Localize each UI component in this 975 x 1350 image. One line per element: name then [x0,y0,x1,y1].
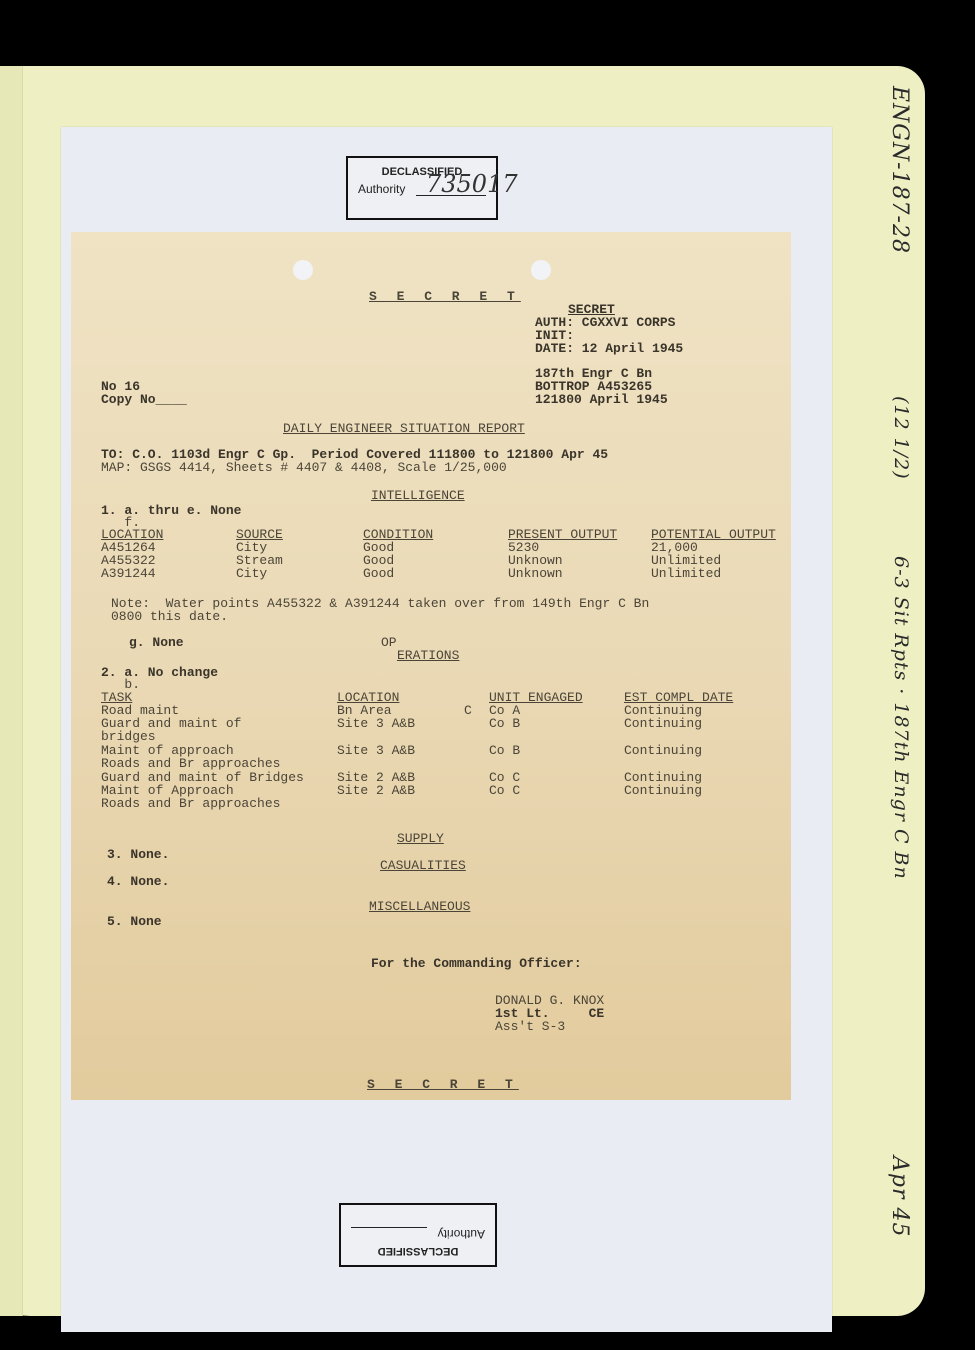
dtg-line: 121800 April 1945 [535,393,668,406]
handwritten-description: 6-3 Sit Rpts · 187th Engr C Bn [890,556,912,880]
table-cell: Good [363,567,433,580]
stamp-authority-label: Authority [438,1227,485,1241]
backing-sheet: DECLASSIFIED Authority 735017 S E C R E … [61,127,832,1332]
stray-mark: C [464,704,472,717]
misc-heading: MISCELLANEOUS [369,900,470,913]
ops-row-2-location: Site 3 A&B [337,717,415,730]
casualties-item: 4. None. [107,875,169,888]
water-table-col-source: SOURCE City Stream City [236,528,283,580]
handwritten-date: Apr 45 [887,1156,912,1237]
intelligence-heading: INTELLIGENCE [371,489,465,502]
intel-note-line-2: 0800 this date. [111,610,228,623]
signature-for: For the Commanding Officer: [371,957,582,970]
stamp-authority-label: Authority [358,182,405,196]
ops-row-2-unit: Co B [489,717,520,730]
stamp-authority-value: 735017 [426,170,518,198]
signature-title: Ass't S-3 [495,1020,565,1033]
classification-bottom: S E C R E T [367,1078,519,1091]
table-cell: Unknown [508,567,617,580]
declassified-stamp-bottom: DECLASSIFIED Authority [339,1203,497,1267]
map-line: MAP: GSGS 4414, Sheets # 4407 & 4408, Sc… [101,461,507,474]
report-page: S E C R E T SECRET AUTH: CGXXVI CORPS IN… [71,232,791,1100]
ops-row-2-task: Guard and maint of bridges [101,717,241,743]
stamp-authority-line [351,1227,427,1228]
ops-row-3-task: Maint of approach Roads and Br approache… [101,744,280,770]
punch-hole [531,260,551,280]
water-table-col-potential-output: POTENTIAL OUTPUT 21,000 Unlimited Unlimi… [651,528,776,580]
water-table-col-location: LOCATION A451264 A455322 A391244 [101,528,163,580]
misc-item: 5. None [107,915,162,928]
supply-heading: SUPPLY [397,832,444,845]
ops-row-2-date: Continuing [624,717,702,730]
ops-row-5-date: Continuing [624,784,702,797]
table-cell: Unlimited [651,567,776,580]
punch-hole [293,260,313,280]
operations-heading-a: OP [381,636,397,649]
date-line: DATE: 12 April 1945 [535,342,683,355]
classification-top: S E C R E T [369,290,521,303]
copy-number: Copy No____ [101,393,187,406]
water-table-col-condition: CONDITION Good Good Good [363,528,433,580]
table-cell: City [236,567,283,580]
intel-item-1g: g. None [129,636,184,649]
folder-fold [0,66,23,1316]
ops-row-5-unit: Co C [489,784,520,797]
ops-row-3-location: Site 3 A&B [337,744,415,757]
ops-row-5-location: Site 2 A&B [337,784,415,797]
supply-item: 3. None. [107,848,169,861]
operations-heading-b: ERATIONS [397,649,459,662]
handwritten-count: (12 1/2) [890,396,912,480]
ops-row-3-date: Continuing [624,744,702,757]
ops-row-5-task: Maint of Approach Roads and Br approache… [101,784,280,810]
casualties-heading: CASUALITIES [380,859,466,872]
stamp-title: DECLASSIFIED [341,1245,495,1257]
handwritten-file-code: ENGN-187-28 [887,86,912,254]
water-table-col-present-output: PRESENT OUTPUT 5230 Unknown Unknown [508,528,617,580]
report-title: DAILY ENGINEER SITUATION REPORT [283,422,525,435]
table-cell: A391244 [101,567,163,580]
declassified-stamp-top: DECLASSIFIED Authority 735017 [346,156,498,220]
ops-row-3-unit: Co B [489,744,520,757]
